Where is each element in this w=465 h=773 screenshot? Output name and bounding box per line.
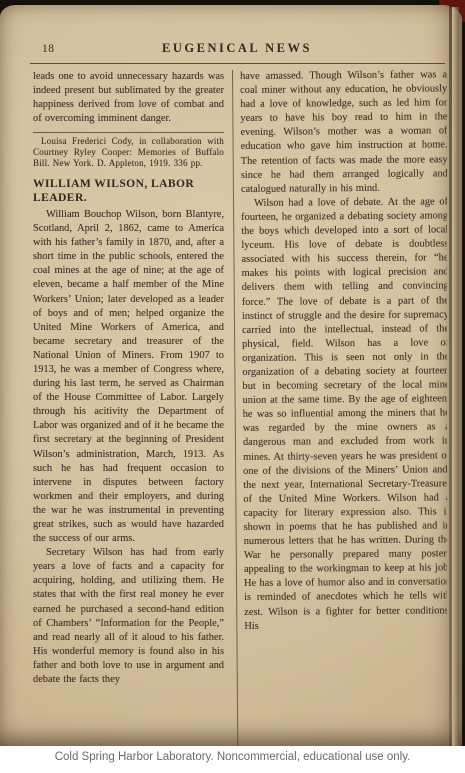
page-header: 18 EUGENICAL NEWS bbox=[30, 41, 444, 59]
archive-credit-bar: Cold Spring Harbor Laboratory. Noncommer… bbox=[0, 746, 465, 773]
right-column: have amassed. Though Wilson’s father was… bbox=[232, 70, 447, 746]
scan-photo-frame: 18 EUGENICAL NEWS leads one to avoid unn… bbox=[0, 0, 465, 746]
article-heading: WILLIAM WILSON, LABOR LEADER. bbox=[33, 177, 224, 205]
article-paragraph: William Bouchop Wilson, born Blantyre, S… bbox=[33, 208, 224, 546]
continued-paragraph: have amassed. Though Wilson’s father was… bbox=[240, 70, 447, 197]
article-paragraph: Wilson had a love of debate. At the age … bbox=[241, 195, 447, 634]
continued-paragraph: leads one to avoid unnecessary hazards w… bbox=[33, 70, 224, 126]
page-edge-crease bbox=[449, 5, 452, 746]
journal-title: EUGENICAL NEWS bbox=[30, 41, 444, 56]
header-rule bbox=[30, 63, 445, 64]
scanned-document-view: 18 EUGENICAL NEWS leads one to avoid unn… bbox=[0, 0, 465, 773]
journal-page: 18 EUGENICAL NEWS leads one to avoid unn… bbox=[0, 5, 462, 746]
article-paragraph: Secretary Wilson has had from early year… bbox=[33, 546, 224, 687]
citation-rule bbox=[33, 132, 224, 133]
left-column: leads one to avoid unnecessary hazards w… bbox=[33, 70, 232, 746]
page-edge-highlight bbox=[452, 7, 459, 746]
citation-text: Louisa Frederici Cody, in collaboration … bbox=[33, 136, 224, 168]
two-column-text-block: leads one to avoid unnecessary hazards w… bbox=[33, 70, 447, 746]
archive-credit-text: Cold Spring Harbor Laboratory. Noncommer… bbox=[55, 751, 411, 763]
